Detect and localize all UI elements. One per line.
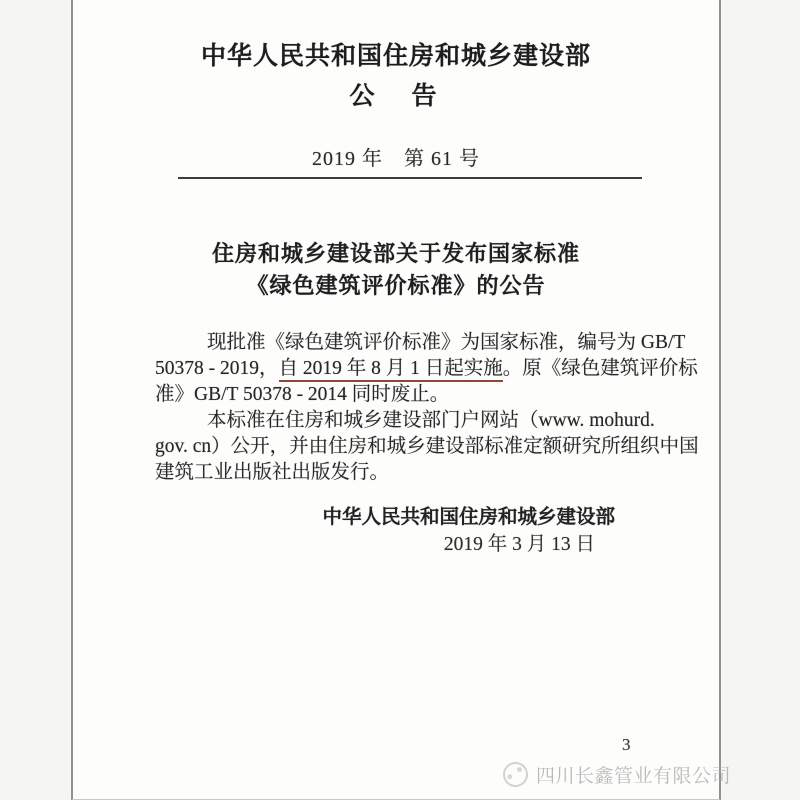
signature-block: 中华人民共和国住房和城乡建设部 2019 年 3 月 13 日 — [155, 504, 660, 558]
paragraph1-line3: 准》GB/T 50378 - 2014 同时废止。 — [155, 382, 660, 408]
paragraph1-line2-prefix: 50378 - 2019， — [155, 358, 279, 379]
page-number: 3 — [622, 735, 631, 755]
effective-date-underlined: 自 2019 年 8 月 1 日起实施 — [279, 358, 503, 382]
issuing-authority-title: 中华人民共和国住房和城乡建设部 — [73, 36, 719, 72]
announcement-title-line1: 住房和城乡建设部关于发布国家标准 — [73, 237, 719, 268]
paragraph2-line3: 建筑工业出版社出版发行。 — [155, 460, 660, 486]
announcement-body: 现批准《绿色建筑评价标准》为国家标准，编号为 GB/T 50378 - 2019… — [155, 330, 660, 486]
paragraph1-line1: 现批准《绿色建筑评价标准》为国家标准，编号为 GB/T — [155, 330, 660, 356]
scan-background: 中华人民共和国住房和城乡建设部 公 告 2019 年 第 61 号 住房和城乡建… — [0, 0, 800, 800]
document-page: 中华人民共和国住房和城乡建设部 公 告 2019 年 第 61 号 住房和城乡建… — [71, 0, 721, 800]
company-watermark-text: 四川长鑫管业有限公司 — [536, 761, 731, 788]
company-watermark: 四川长鑫管业有限公司 — [503, 761, 731, 788]
paragraph2-line1: 本标准在住房和城乡建设部门户网站（www. mohurd. — [155, 408, 660, 434]
signature-issuer: 中华人民共和国住房和城乡建设部 — [155, 504, 660, 531]
announcement-title-line2: 《绿色建筑评价标准》的公告 — [73, 269, 719, 300]
issue-number: 2019 年 第 61 号 — [73, 142, 719, 171]
header-divider — [178, 177, 642, 179]
paragraph1-line2-suffix: 。原《绿色建筑评价标 — [503, 358, 698, 379]
company-logo-icon — [501, 760, 531, 790]
document-type-heading: 公 告 — [73, 76, 719, 112]
paragraph1-line2: 50378 - 2019，自 2019 年 8 月 1 日起实施。原《绿色建筑评… — [155, 356, 660, 382]
signature-date: 2019 年 3 月 13 日 — [155, 531, 660, 558]
paragraph2-line2: gov. cn）公开，并由住房和城乡建设部标准定额研究所组织中国 — [155, 434, 660, 460]
